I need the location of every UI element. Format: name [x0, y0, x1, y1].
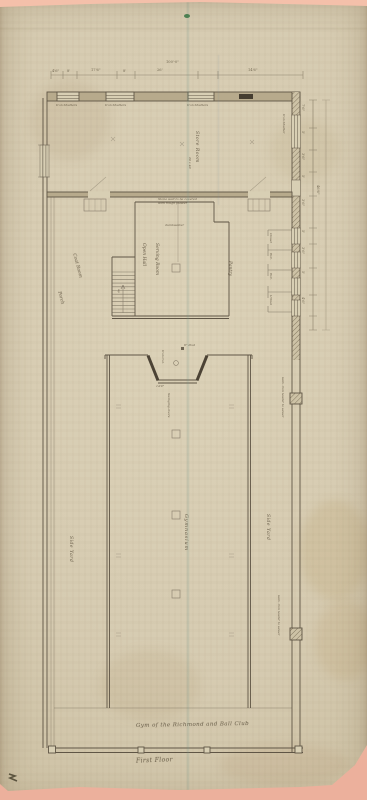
bottom-wall: [50, 748, 303, 753]
hall-column: [172, 590, 180, 598]
serving-room-label: Serving Room: [154, 243, 159, 275]
store-room-size: 20 x 40: [187, 157, 191, 169]
right-wall-windows: [292, 115, 301, 316]
plan-details: [9, 137, 292, 781]
dim-label-right: 3'6": [301, 199, 305, 206]
dim-label-right: 5': [301, 131, 305, 134]
dim-label-overall-width: 100'-0": [166, 60, 179, 64]
inner-room: [112, 202, 229, 319]
paper-stain: [30, 80, 110, 160]
cross-marks: [111, 137, 254, 146]
top-wall-door: [239, 94, 253, 99]
dim-label-top: 17'6": [91, 68, 101, 72]
stall-label: Urinal: [268, 295, 272, 305]
dim-label-right: 5': [301, 271, 305, 274]
wall-note-line2: with rough plaster: [158, 202, 187, 206]
door-swings: [90, 177, 266, 191]
pilaster-marks: [116, 405, 234, 636]
top-wall-windows: [57, 92, 214, 101]
wc-stalls: [268, 230, 292, 312]
radiator: [248, 199, 270, 211]
dim-label-overall-height: 46'6": [316, 185, 320, 195]
stall-label: W.C.: [268, 253, 272, 260]
right-yard-label: Side Yard: [265, 514, 270, 540]
stall-label: Closet: [268, 233, 272, 243]
right-wall-pier: [290, 628, 302, 640]
porch-label: Porch: [56, 291, 64, 305]
window-label: Iron Shutters: [105, 104, 126, 108]
bay-column: [174, 361, 179, 366]
dim-label-right: 3'6": [301, 247, 305, 254]
paper-stain: [270, 120, 340, 180]
vertical-fold-line: [187, 0, 189, 800]
vertical-crease: [218, 55, 219, 205]
paper-stain: [220, 745, 350, 785]
leader-note-lower: Galv. iron leader to sewer: [276, 595, 280, 635]
post-label: 6" Post: [184, 344, 195, 348]
left-wall-window: [40, 145, 49, 177]
stair-arrow: [121, 285, 125, 313]
gymnasium-label: Gymnasium: [182, 514, 188, 551]
paper-stain: [100, 650, 200, 720]
dumbwaiter-label: dumbwaiter: [165, 224, 184, 228]
right-shutter-label: Iron Shutter: [281, 114, 285, 133]
left-wall: [43, 98, 47, 748]
right-wall-pier: [290, 393, 302, 404]
dumbwaiter-box: [172, 264, 180, 272]
leader-note-upper: Galv. iron leader to sewer: [280, 377, 284, 417]
dim-label-right: 5': [301, 230, 305, 233]
dim-label-top: 26': [157, 68, 163, 72]
dim-label-right: 7'6": [301, 104, 305, 111]
coat-room-label: Coat Room: [71, 253, 83, 279]
dim-label-top: 4'6": [52, 69, 59, 73]
green-ink-dot: [184, 14, 190, 18]
radiator: [84, 199, 106, 211]
floor-plan-linework: [0, 0, 367, 800]
post-mark: [181, 347, 184, 350]
dim-label-top: 8': [123, 69, 126, 73]
paper-sheet: 4'6" 8' 17'6" 8' 26' 14'6" 100'-0" 7'6" …: [0, 0, 367, 800]
paper-stain: [315, 600, 367, 680]
hall-walls: [107, 355, 251, 708]
open-hall-label: Open Hall: [141, 243, 146, 266]
window-label: Iron Shutters: [187, 104, 208, 108]
dimension-lines: [51, 71, 330, 330]
horizontal-crease: [0, 28, 367, 29]
bottom-wall-posts: [49, 746, 303, 753]
dim-label-right: 5': [301, 175, 305, 178]
scanned-drawing-page: { "drawing": { "sheet_title": "Gym of th…: [0, 0, 367, 800]
bay-splays: [148, 356, 207, 381]
bay-note-label: Swinging doors: [166, 393, 170, 417]
iron-column-label: Iron Col.: [160, 350, 164, 364]
stall-label: W.C.: [268, 273, 272, 280]
left-yard-label: Side Yard: [68, 536, 73, 562]
cross-wall: [47, 192, 292, 197]
sheet-label: First Floor: [136, 757, 173, 765]
stair-up-label: up: [116, 289, 120, 293]
pantry-label: Pantry: [227, 261, 232, 276]
bay-walls: [105, 355, 252, 383]
sheet-title: Gym of the Richmond and Ball Club: [136, 721, 249, 729]
wall-note-line1: Stone wall to be covered: [158, 198, 197, 202]
hall-column: [172, 430, 180, 438]
dim-label-top: 8': [67, 69, 70, 73]
walls: [43, 92, 303, 753]
store-room-label: Store Room: [194, 131, 199, 163]
dim-label-right: 4'6": [301, 297, 305, 304]
right-wall-hatch: [292, 92, 300, 360]
corner-mark: [9, 774, 17, 781]
paper-stain: [300, 500, 367, 600]
dim-label-right: 3'6": [301, 153, 305, 160]
right-wall: [292, 92, 300, 752]
dim-label-top: 14'6": [248, 68, 258, 72]
hall-column: [172, 511, 180, 519]
window-label: Iron Shutters: [56, 104, 77, 108]
stair-treads: [112, 272, 135, 313]
bay-width-label: 14'0": [156, 385, 164, 389]
